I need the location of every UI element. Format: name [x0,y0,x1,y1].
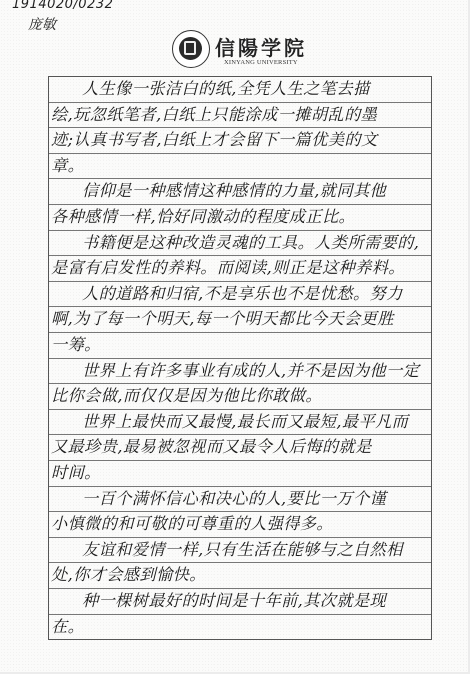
university-header: 信陽学院 XINYANG UNIVERSITY [172,30,322,70]
handwritten-line: 章。 [49,154,431,180]
handwritten-line: 种一棵树最好的时间是十年前,其次就是现 [49,589,431,615]
student-id: 1914020/0232 [12,0,113,12]
handwritten-line: 一百个满怀信心和决心的人,要比一万个谨 [49,487,431,513]
handwritten-line: 时间。 [49,461,431,487]
university-name-en: XINYANG UNIVERSITY [224,59,298,66]
handwritten-line: 人生像一张洁白的纸,全凭人生之笔去描 [49,77,431,103]
handwritten-line: 比你会做,而仅仅是因为他比你敢做。 [49,384,431,410]
handwritten-line: 世界上有许多事业有成的人,并不是因为他一定 [49,359,431,385]
handwritten-line: 迹;认真书写者,白纸上才会留下一篇优美的文 [49,128,431,154]
handwritten-line: 友谊和爱情一样,只有生活在能够与之自然相 [49,538,431,564]
handwritten-line: 在。 [49,615,431,641]
handwritten-line: 世界上最快而又最慢,最长而又最短,最平凡而 [49,410,431,436]
student-name: 庞敏 [28,14,56,34]
handwritten-line: 绘,玩忽纸笔者,白纸上只能涂成一摊胡乱的墨 [49,103,431,129]
handwritten-line: 是富有启发性的养料。而阅读,则正是这种养料。 [49,256,431,282]
handwritten-line: 信仰是一种感情这种感情的力量,就同其他 [49,179,431,205]
university-seal-icon [172,30,210,68]
handwritten-line: 人的道路和归宿,不是享乐也不是忧愁。努力 [49,282,431,308]
handwritten-line: 啊,为了每一个明天,每一个明天都比今天会更胜 [49,307,431,333]
handwriting-page: 1914020/0232 庞敏 信陽学院 XINYANG UNIVERSITY … [0,0,468,672]
university-name-cn: 信陽学院 [215,32,307,61]
handwritten-line: 又最珍贵,最易被忽视而又最令人后悔的就是 [49,435,431,461]
handwritten-line: 书籍便是这种改造灵魂的工具。人类所需要的, [49,231,431,257]
handwritten-line: 小慎微的和可敬的可尊重的人强得多。 [49,512,431,538]
handwritten-line: 一筹。 [49,333,431,359]
handwritten-line: 各种感情一样,恰好同激动的程度成正比。 [49,205,431,231]
handwritten-line: 处,你才会感到愉快。 [49,563,431,589]
lined-writing-grid: 人生像一张洁白的纸,全凭人生之笔去描绘,玩忽纸笔者,白纸上只能涂成一摊胡乱的墨迹… [48,76,432,640]
